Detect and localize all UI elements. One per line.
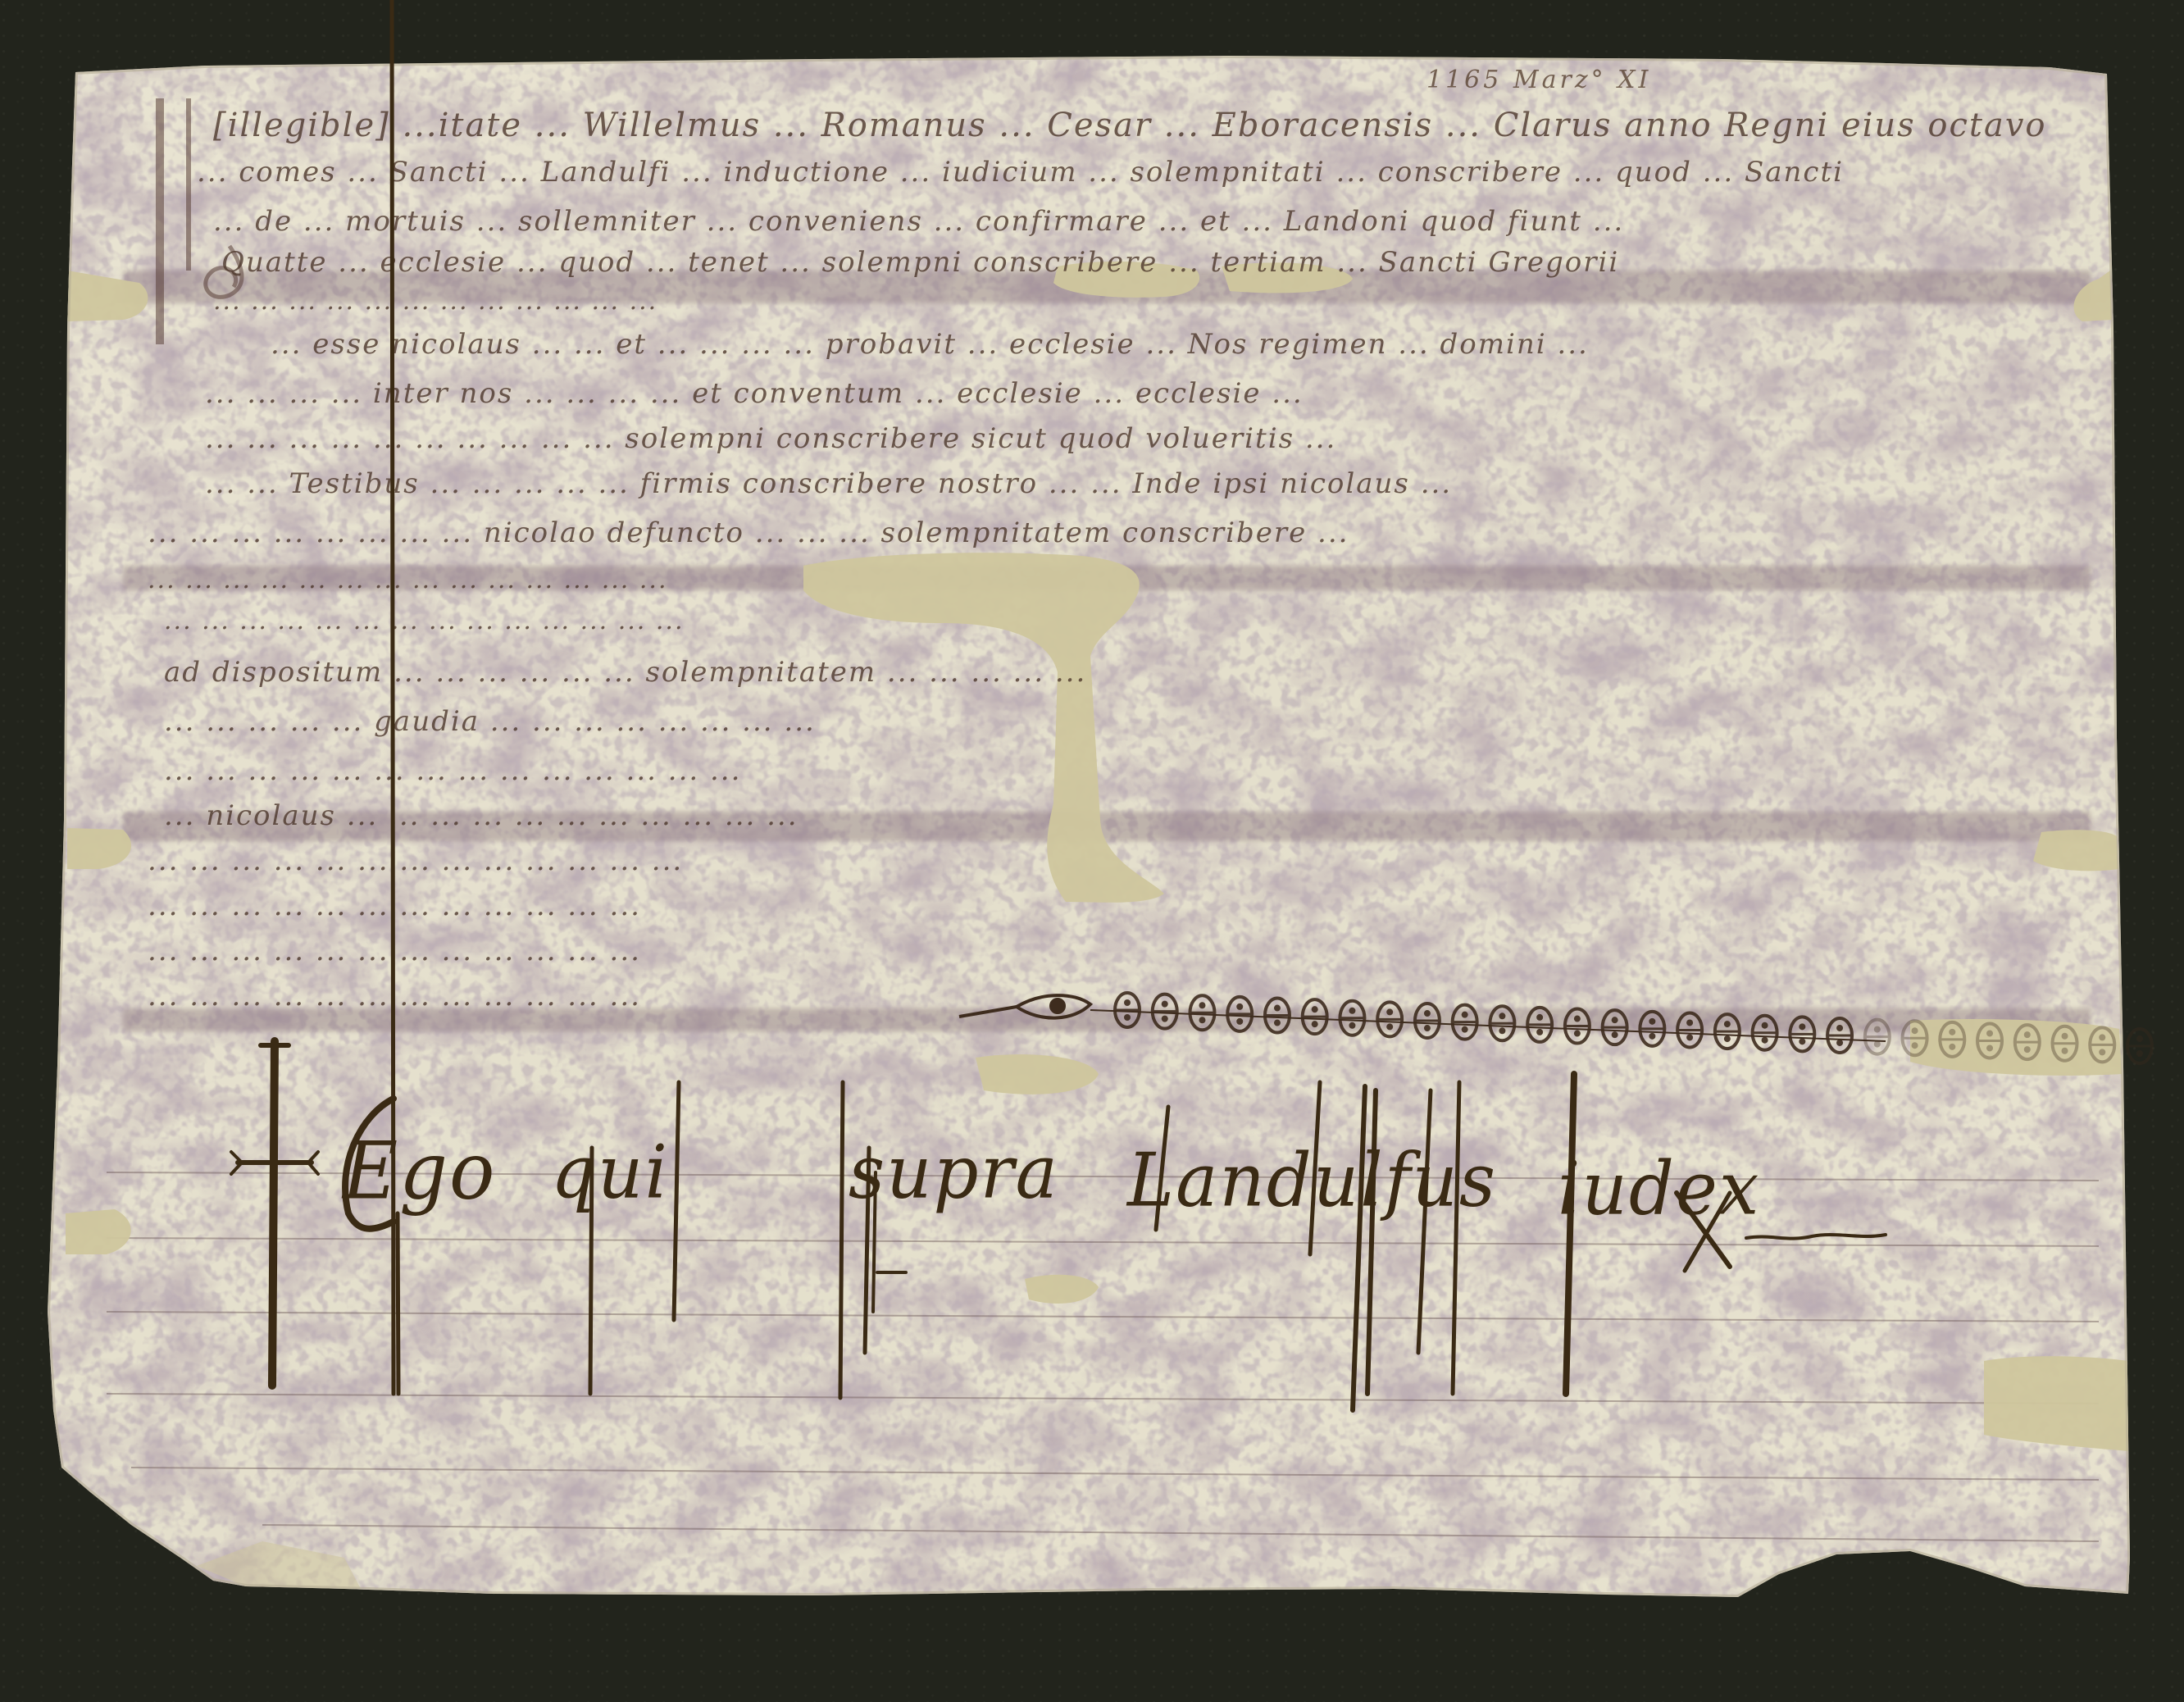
signature-word-ego: Ego: [343, 1125, 496, 1217]
signature-word-landulfus: Landulfus: [1127, 1138, 1497, 1224]
signature-word-iudex: iudex: [1558, 1146, 1760, 1232]
scanned-document: 1165 Marz° XI [illegible] ...itate ... W…: [0, 0, 2184, 1702]
signature-word-qui: qui: [551, 1130, 669, 1216]
signature-strokes: [0, 0, 2184, 1702]
signature-word-supra: supra: [849, 1130, 1059, 1216]
